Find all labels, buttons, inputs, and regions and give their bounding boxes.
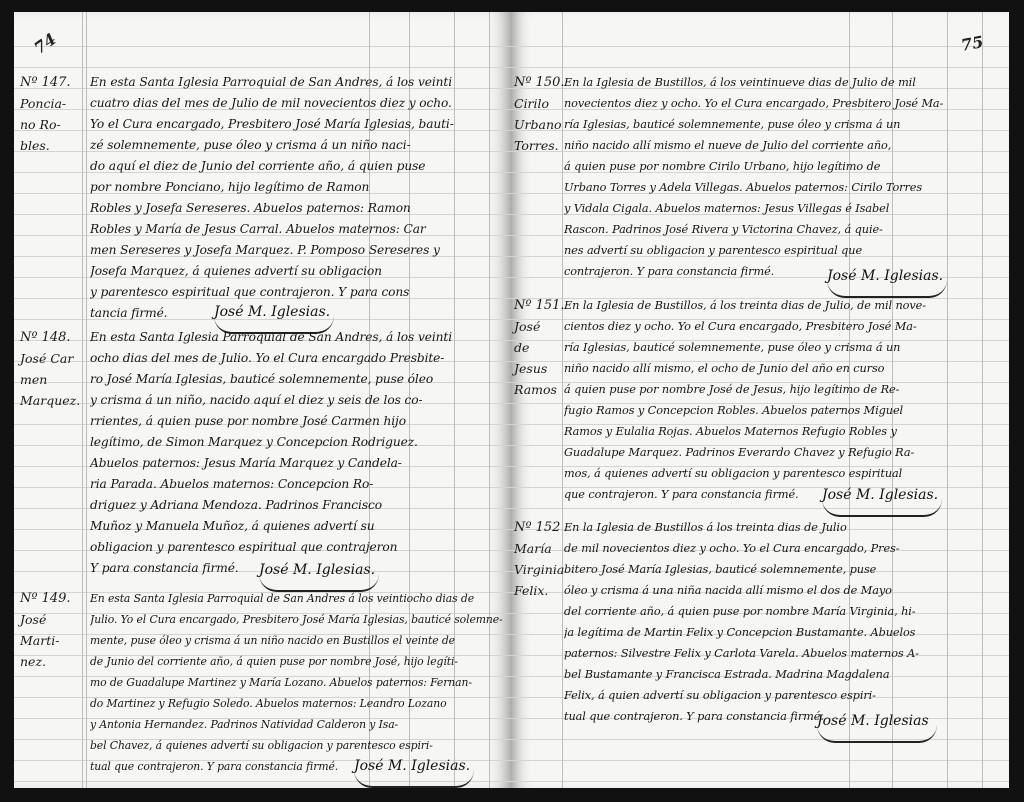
text-line: rrientes, á quien puse por nombre José C… bbox=[90, 411, 504, 432]
baptized-name: José bbox=[20, 609, 82, 630]
text-line: ría Iglesias, bauticé solemnemente, puse… bbox=[564, 114, 991, 135]
baptized-name: Cirilo bbox=[514, 93, 570, 114]
priest-signature: José M. Iglesias. bbox=[354, 758, 474, 788]
baptized-name: bles. bbox=[20, 135, 82, 156]
text-line: do Martinez y Refugio Soledo. Abuelos ma… bbox=[90, 693, 504, 714]
entry-number: Nº 150. bbox=[514, 72, 570, 93]
text-line: zé solemnemente, puse óleo y crisma á un… bbox=[90, 135, 504, 156]
text-line: ria Parada. Abuelos maternos: Concepcion… bbox=[90, 474, 504, 495]
margin-rule bbox=[86, 12, 87, 788]
text-line: ocho dias del mes de Julio. Yo el Cura e… bbox=[90, 348, 504, 369]
baptized-name: Marquez. bbox=[20, 390, 82, 411]
text-line: y Vidala Cigala. Abuelos maternos: Jesus… bbox=[564, 198, 991, 219]
text-line: obligacion y parentesco espiritual que c… bbox=[90, 537, 504, 558]
text-line: En la Iglesia de Bustillos, á los treint… bbox=[564, 295, 991, 316]
text-line: cuatro dias del mes de Julio de mil nove… bbox=[90, 93, 504, 114]
entry-text: En la Iglesia de Bustillos á los treinta… bbox=[564, 517, 991, 727]
text-line: legítimo, de Simon Marquez y Concepcion … bbox=[90, 432, 504, 453]
entry-text: En esta Santa Iglesia Parroquial de San … bbox=[90, 72, 504, 324]
text-line: de Junio del corriente año, á quien puse… bbox=[90, 651, 504, 672]
entry-margin: Nº 147. Poncia- no Ro- bles. bbox=[20, 72, 82, 156]
baptized-name: Marti- bbox=[20, 630, 82, 651]
baptized-name: Felix. bbox=[514, 580, 570, 601]
left-page: 74 Nº 147. Poncia- no Ro- bles. En esta … bbox=[14, 12, 514, 788]
text-line: Robles y Josefa Sereseres. Abuelos pater… bbox=[90, 198, 504, 219]
signature-text: José M. Iglesias. bbox=[354, 758, 470, 774]
text-line: Abuelos paternos: Jesus María Marquez y … bbox=[90, 453, 504, 474]
text-line: ja legítima de Martin Felix y Concepcion… bbox=[564, 622, 991, 643]
text-line: fugio Ramos y Concepcion Robles. Abuelos… bbox=[564, 400, 991, 421]
text-line: Muñoz y Manuela Muñoz, á quienes advertí… bbox=[90, 516, 504, 537]
text-line: Ramos y Eulalia Rojas. Abuelos Maternos … bbox=[564, 421, 991, 442]
entry-number: Nº 147. bbox=[20, 72, 82, 93]
priest-signature: José M. Iglesias. bbox=[827, 268, 947, 298]
text-line: por nombre Ponciano, hijo legítimo de Ra… bbox=[90, 177, 504, 198]
baptized-name: nez. bbox=[20, 651, 82, 672]
signature-text: José M. Iglesias bbox=[817, 713, 929, 729]
text-line: Robles y María de Jesus Carral. Abuelos … bbox=[90, 219, 504, 240]
text-line: Julio. Yo el Cura encargado, Presbitero … bbox=[90, 609, 504, 630]
text-line: bitero José María Iglesias, bauticé sole… bbox=[564, 559, 991, 580]
signature-text: José M. Iglesias. bbox=[822, 487, 938, 503]
baptized-name: de bbox=[514, 337, 570, 358]
entry-text: En la Iglesia de Bustillos, á los veinti… bbox=[564, 72, 991, 282]
entry-number: Nº 152 bbox=[514, 517, 570, 538]
text-line: Josefa Marquez, á quienes advertí su obl… bbox=[90, 261, 504, 282]
text-line: novecientos diez y ocho. Yo el Cura enca… bbox=[564, 93, 991, 114]
text-line: En esta Santa Iglesia Parroquial de San … bbox=[90, 588, 504, 609]
text-line: En la Iglesia de Bustillos á los treinta… bbox=[564, 517, 991, 538]
entry-margin: Nº 148. José Car men Marquez. bbox=[20, 327, 82, 411]
right-page: 75 Nº 150. Cirilo Urbano Torres. En la I… bbox=[512, 12, 1009, 788]
entry-number: Nº 149. bbox=[20, 588, 82, 609]
baptized-name: Torres. bbox=[514, 135, 570, 156]
text-line: del corriente año, á quien puse por nomb… bbox=[564, 601, 991, 622]
baptized-name: Poncia- bbox=[20, 93, 82, 114]
entry-number: Nº 151. bbox=[514, 295, 570, 316]
entry-margin: Nº 152 María Virginia Felix. bbox=[514, 517, 570, 601]
baptized-name: José bbox=[514, 316, 570, 337]
text-line: óleo y crisma á una niña nacida allí mis… bbox=[564, 580, 991, 601]
signature-text: José M. Iglesias. bbox=[259, 562, 375, 578]
entry-text: En esta Santa Iglesia Parroquial de San … bbox=[90, 327, 504, 579]
text-line: nes advertí su obligacion y parentesco e… bbox=[564, 240, 991, 261]
entry-margin: Nº 151. José de Jesus Ramos bbox=[514, 295, 570, 400]
text-line: Yo el Cura encargado, Presbitero José Ma… bbox=[90, 114, 504, 135]
entry-margin: Nº 149. José Marti- nez. bbox=[20, 588, 82, 672]
baptized-name: Ramos bbox=[514, 379, 570, 400]
entry-text: En la Iglesia de Bustillos, á los treint… bbox=[564, 295, 991, 505]
text-line: do aquí el diez de Junio del corriente a… bbox=[90, 156, 504, 177]
priest-signature: José M. Iglesias bbox=[817, 713, 937, 743]
baptized-name: José Car bbox=[20, 348, 82, 369]
text-line: y crisma á un niño, nacido aquí el diez … bbox=[90, 390, 504, 411]
text-line: ría Iglesias, bauticé solemnemente, puse… bbox=[564, 337, 991, 358]
text-line: y Antonia Hernandez. Padrinos Natividad … bbox=[90, 714, 504, 735]
text-line: bel Chavez, á quienes advertí su obligac… bbox=[90, 735, 504, 756]
text-line: Felix, á quien advertí su obligacion y p… bbox=[564, 685, 991, 706]
baptized-name: no Ro- bbox=[20, 114, 82, 135]
baptized-name: Jesus bbox=[514, 358, 570, 379]
priest-signature: José M. Iglesias. bbox=[822, 487, 942, 517]
text-line: En la Iglesia de Bustillos, á los veinti… bbox=[564, 72, 991, 93]
text-line: men Sereseres y Josefa Marquez. P. Pompo… bbox=[90, 240, 504, 261]
baptized-name: María bbox=[514, 538, 570, 559]
text-line: bel Bustamante y Francisca Estrada. Madr… bbox=[564, 664, 991, 685]
page-number: 75 bbox=[959, 32, 984, 55]
text-line: Guadalupe Marquez. Padrinos Everardo Cha… bbox=[564, 442, 991, 463]
text-line: mo de Guadalupe Martinez y María Lozano.… bbox=[90, 672, 504, 693]
text-line: de mil novecientos diez y ocho. Yo el Cu… bbox=[564, 538, 991, 559]
text-line: mente, puse óleo y crisma á un niño naci… bbox=[90, 630, 504, 651]
text-line: á quien puse por nombre Cirilo Urbano, h… bbox=[564, 156, 991, 177]
text-line: En esta Santa Iglesia Parroquial de San … bbox=[90, 72, 504, 93]
baptized-name: men bbox=[20, 369, 82, 390]
text-line: niño nacido allí mismo, el ocho de Junio… bbox=[564, 358, 991, 379]
signature-text: José M. Iglesias. bbox=[827, 268, 943, 284]
baptized-name: Virginia bbox=[514, 559, 570, 580]
text-line: y parentesco espiritual que contrajeron.… bbox=[90, 282, 504, 303]
text-line: En esta Santa Iglesia Parroquial de San … bbox=[90, 327, 504, 348]
text-line: driguez y Adriana Mendoza. Padrinos Fran… bbox=[90, 495, 504, 516]
entry-number: Nº 148. bbox=[20, 327, 82, 348]
text-line: á quien puse por nombre José de Jesus, h… bbox=[564, 379, 991, 400]
text-line: Rascon. Padrinos José Rivera y Victorina… bbox=[564, 219, 991, 240]
text-line: paternos: Silvestre Felix y Carlota Vare… bbox=[564, 643, 991, 664]
text-line: mos, á quienes advertí su obligacion y p… bbox=[564, 463, 991, 484]
text-line: Urbano Torres y Adela Villegas. Abuelos … bbox=[564, 177, 991, 198]
signature-text: José M. Iglesias. bbox=[214, 304, 330, 320]
entry-margin: Nº 150. Cirilo Urbano Torres. bbox=[514, 72, 570, 156]
text-line: niño nacido allí mismo el nueve de Julio… bbox=[564, 135, 991, 156]
margin-rule bbox=[82, 12, 83, 788]
baptized-name: Urbano bbox=[514, 114, 570, 135]
entry-text: En esta Santa Iglesia Parroquial de San … bbox=[90, 588, 504, 777]
text-line: cientos diez y ocho. Yo el Cura encargad… bbox=[564, 316, 991, 337]
text-line: ro José María Iglesias, bauticé solemnem… bbox=[90, 369, 504, 390]
